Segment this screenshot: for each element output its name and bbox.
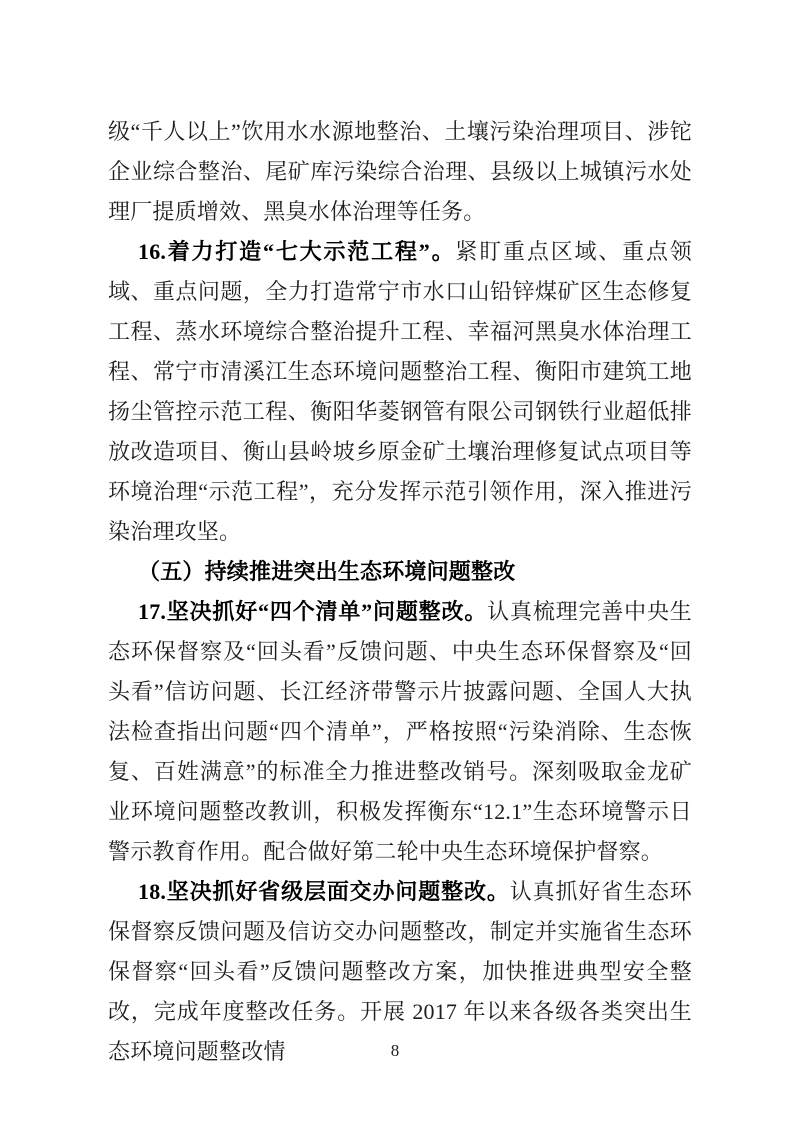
section-heading-5: （五）持续推进突出生态环境问题整改: [108, 552, 692, 592]
item-17-body: 认真梳理完善中央生态环保督察及“回头看”反馈问题、中央生态环保督察及“回头看”信…: [108, 599, 692, 864]
document-page: 级“千人以上”饮用水水源地整治、土壤污染治理项目、涉铊企业综合整治、尾矿库污染综…: [0, 0, 790, 1125]
paragraph-continuation: 级“千人以上”饮用水水源地整治、土壤污染治理项目、涉铊企业综合整治、尾矿库污染综…: [108, 112, 692, 232]
item-18-body: 认真抓好省生态环保督察反馈问题及信访交办问题整改，制定并实施省生态环保督察“回头…: [108, 879, 692, 1064]
page-number: 8: [0, 1040, 790, 1062]
item-17-lead: 17.坚决抓好“四个清单”问题整改。: [138, 599, 487, 624]
document-body: 级“千人以上”饮用水水源地整治、土壤污染治理项目、涉铊企业综合整治、尾矿库污染综…: [108, 112, 692, 1072]
item-16-body: 紧盯重点区域、重点领域、重点问题，全力打造常宁市水口山铅锌煤矿区生态修复工程、蒸…: [108, 239, 692, 544]
paragraph-item-16: 16.着力打造“七大示范工程”。紧盯重点区域、重点领域、重点问题，全力打造常宁市…: [108, 232, 692, 552]
item-16-lead: 16.着力打造“七大示范工程”。: [138, 239, 455, 264]
item-18-lead: 18.坚决抓好省级层面交办问题整改。: [138, 879, 510, 904]
paragraph-item-17: 17.坚决抓好“四个清单”问题整改。认真梳理完善中央生态环保督察及“回头看”反馈…: [108, 592, 692, 872]
